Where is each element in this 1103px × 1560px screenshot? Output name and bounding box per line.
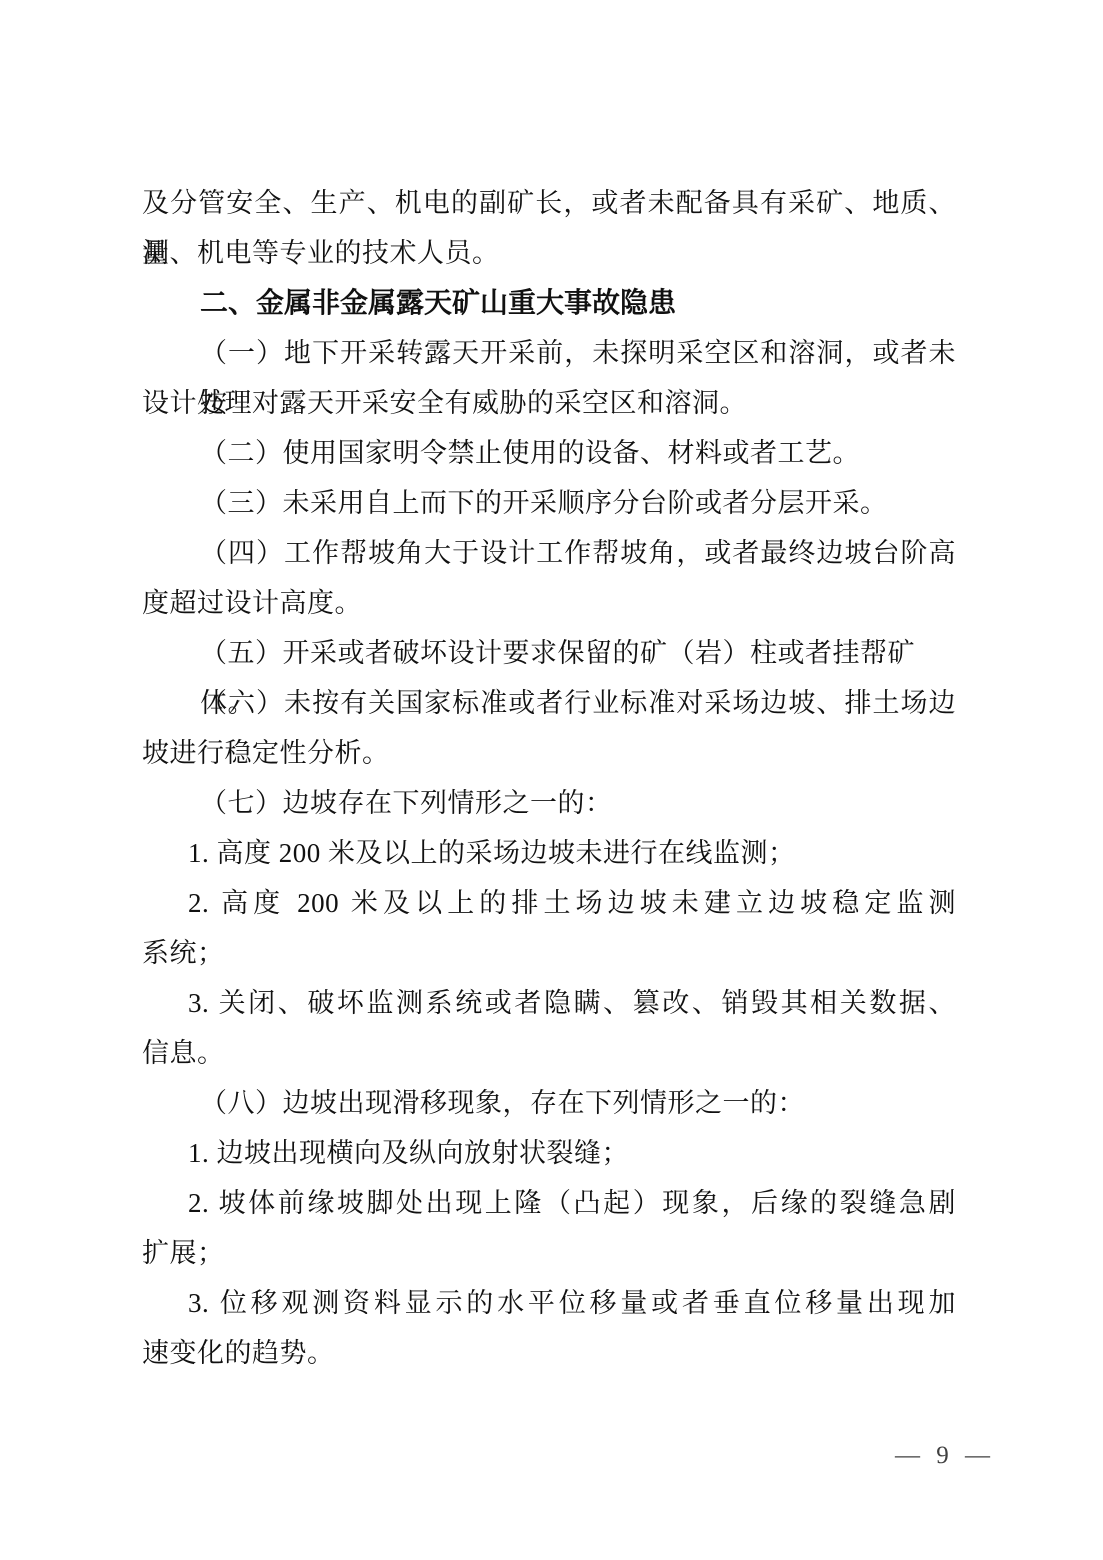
text-line: 3. 位移观测资料显示的水平位移量或者垂直位移量出现加 <box>142 1278 956 1328</box>
text-line: （二）使用国家明令禁止使用的设备、材料或者工艺。 <box>142 428 956 478</box>
text-line: （一）地下开采转露天开采前，未探明采空区和溶洞，或者未按 <box>142 328 956 378</box>
page-footer: — 9 — <box>830 1381 990 1431</box>
text-line: （三）未采用自上而下的开采顺序分台阶或者分层开采。 <box>142 478 956 528</box>
text-line: （八）边坡出现滑移现象，存在下列情形之一的： <box>142 1078 956 1128</box>
text-line: 系统； <box>142 928 956 978</box>
text-line: 1. 边坡出现横向及纵向放射状裂缝； <box>142 1128 956 1178</box>
text-line: 2. 高度 200 米及以上的排土场边坡未建立边坡稳定监测 <box>142 878 956 928</box>
text-line: 3. 关闭、破坏监测系统或者隐瞒、篡改、销毁其相关数据、 <box>142 978 956 1028</box>
text-line: 2. 坡体前缘坡脚处出现上隆（凸起）现象，后缘的裂缝急剧 <box>142 1178 956 1228</box>
text-line: 1. 高度 200 米及以上的采场边坡未进行在线监测； <box>142 828 956 878</box>
section-heading: 二、金属非金属露天矿山重大事故隐患 <box>142 278 956 328</box>
page-number: — 9 — <box>895 1442 990 1469</box>
text-line: （五）开采或者破坏设计要求保留的矿（岩）柱或者挂帮矿体。 <box>142 628 956 678</box>
text-line: 设计处理对露天开采安全有威胁的采空区和溶洞。 <box>142 378 956 428</box>
body-text: 及分管安全、生产、机电的副矿长，或者未配备具有采矿、地质、测量、机电等专业的技术… <box>142 178 956 1378</box>
text-line: 坡进行稳定性分析。 <box>142 728 956 778</box>
text-line: 速变化的趋势。 <box>142 1328 956 1378</box>
text-line: 信息。 <box>142 1028 956 1078</box>
text-line: （六）未按有关国家标准或者行业标准对采场边坡、排土场边 <box>142 678 956 728</box>
text-line: （七）边坡存在下列情形之一的： <box>142 778 956 828</box>
text-line: 扩展； <box>142 1228 956 1278</box>
text-line: （四）工作帮坡角大于设计工作帮坡角，或者最终边坡台阶高 <box>142 528 956 578</box>
text-line: 度超过设计高度。 <box>142 578 956 628</box>
text-line: 量、机电等专业的技术人员。 <box>142 228 956 278</box>
document-page: 及分管安全、生产、机电的副矿长，或者未配备具有采矿、地质、测量、机电等专业的技术… <box>0 0 1103 1560</box>
text-line: 及分管安全、生产、机电的副矿长，或者未配备具有采矿、地质、测 <box>142 178 956 228</box>
